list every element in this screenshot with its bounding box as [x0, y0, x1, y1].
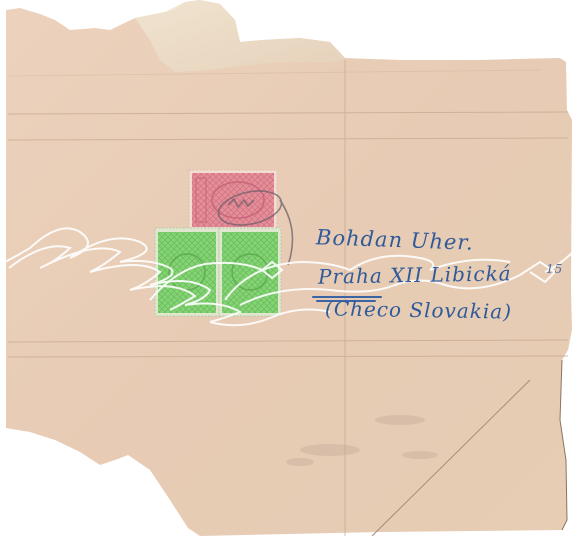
torn-flap — [135, 0, 345, 72]
green-stamp-right — [219, 228, 281, 316]
recipient-country: (Checo Slovakia) — [325, 296, 512, 323]
recipient-street-number: 15 — [546, 262, 563, 276]
recipient-street: Praha XII Libická — [318, 261, 512, 288]
